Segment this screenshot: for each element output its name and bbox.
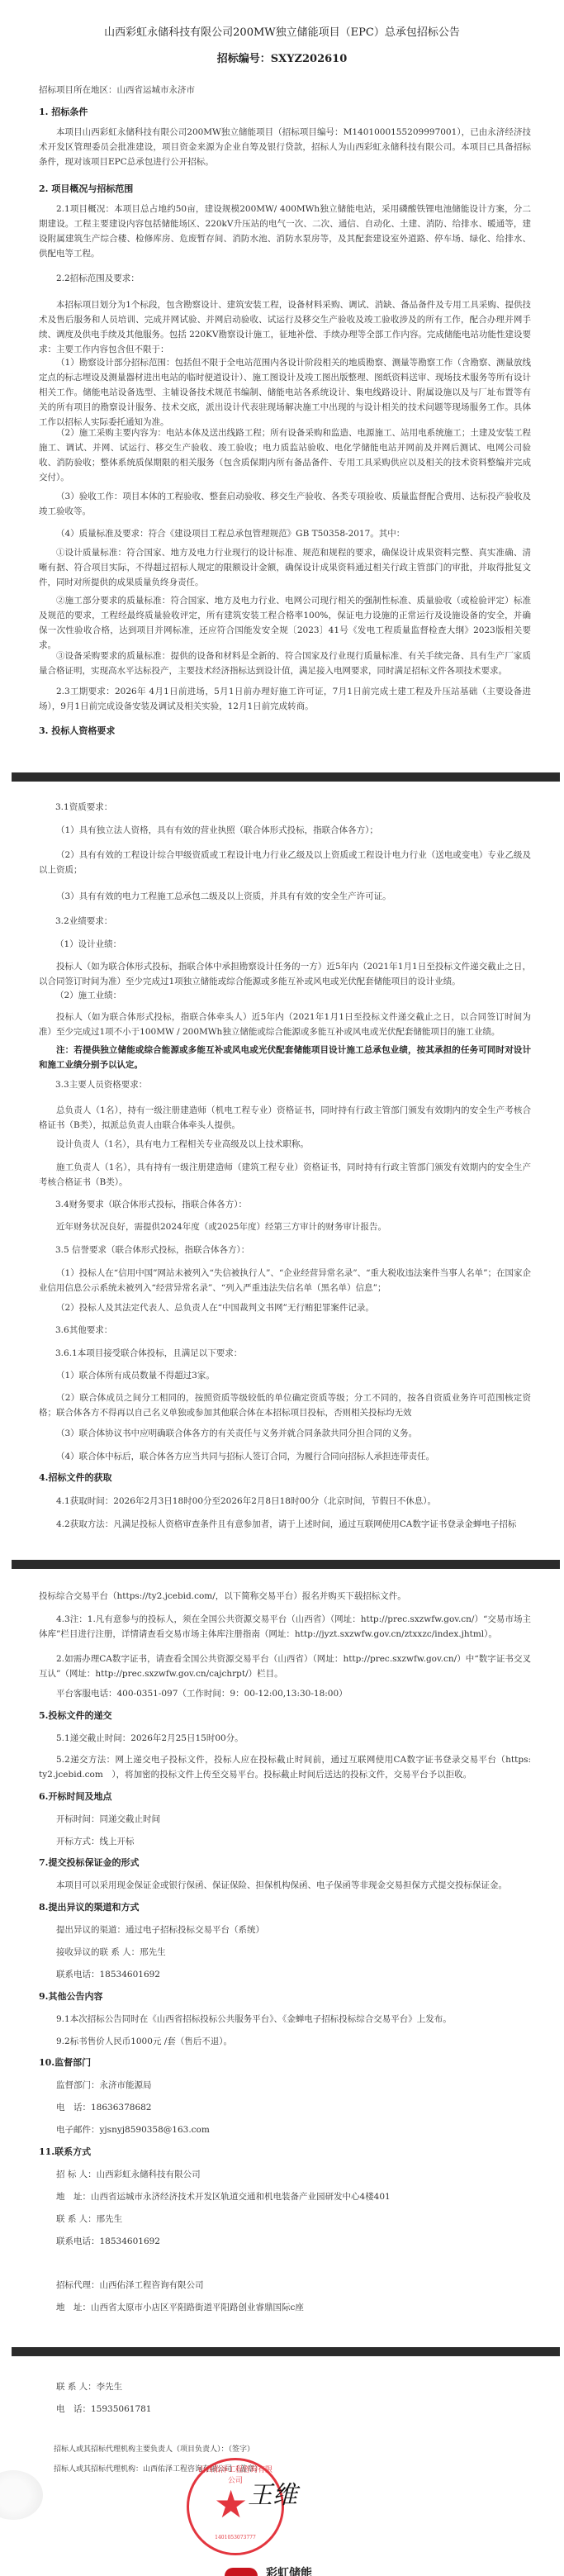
bid-opening-time: 开标时间：同递交截止时间 <box>39 1812 531 1827</box>
section-3-2: 3.2业绩要求： <box>55 914 531 929</box>
seal-code: 1401053073777 <box>206 2535 265 2540</box>
page-separator <box>12 2347 560 2356</box>
section-7-body: 本项目可以采用现金保证金或银行保函、保证保险、担保机构保函、电子保函等非现金交易… <box>39 1878 531 1893</box>
doc-page-1: 山西彩虹永储科技有限公司200MW独立储能项目（EPC）总承包招标公告 招标编号… <box>0 0 564 772</box>
agent-address: 地 址：山西省太原市小店区平阳路街道平阳路创业睿鼎国际c座 <box>39 2300 531 2315</box>
construction-perf-label: （2）施工业绩： <box>55 988 531 1003</box>
supervision-phone: 电 话：18636378682 <box>39 2100 531 2115</box>
section-9-2: 9.2标书售价人民币1000元 /套（售后不退）。 <box>39 2034 531 2049</box>
doc-page-3: 投标综合交易平台（https://ty2.jcebid.com/，以下简称交易平… <box>0 1569 564 2347</box>
section-heading-6: 6.开标时间及地点 <box>39 1789 111 1803</box>
section-heading-2: 2. 项目概况与招标范围 <box>39 182 133 195</box>
platform-hotline: 平台客服电话：400-0351-097（工作时间：9：00-12:00,13:3… <box>39 1686 531 1701</box>
section-heading-9: 9.其他公告内容 <box>39 1989 102 2003</box>
doc-page-2: 3.1资质要求： （1）具有独立法人资格，具有有效的营业执照（联合体形式投标，指… <box>0 782 564 1560</box>
objection-contact: 接收异议的联 系 人：邢先生 <box>39 1945 531 1960</box>
performance-note: 注：若提供独立储能或综合能源或多能互补或风电或光伏配套储能项目设计施工总承包业绩… <box>39 1043 531 1072</box>
section-heading-7: 7.提交投标保证金的形式 <box>39 1856 139 1869</box>
consortium-3: （3）联合体协议书中应明确联合体各方的有关责任与义务并就合同条款共同分担合同的义… <box>39 1426 531 1441</box>
section-heading-10: 10.监督部门 <box>39 2056 91 2069</box>
construction-perf-body: 投标人（如为联合体形式投标，指联合体牵头人）近5年内（2021年1月1日至投标文… <box>39 1010 531 1039</box>
qual-2: （2）具有有效的工程设计综合甲级资质或工程设计电力行业乙级及以上资质或工程设计电… <box>39 848 531 877</box>
agent-contact: 联 系 人：李先生 <box>39 2379 531 2394</box>
section-4-1: 4.1获取时间：2026年2月3日18时00分至2026年2月8日18时00分（… <box>39 1494 531 1509</box>
project-region: 招标项目所在地区：山西省运城市永济市 <box>39 83 531 97</box>
section-2-2-label: 2.2招标范围及要求： <box>39 271 531 286</box>
page-separator <box>12 772 560 782</box>
doc-title: 山西彩虹永储科技有限公司200MW独立储能项目（EPC）总承包招标公告 <box>0 23 564 39</box>
scope-item-4: （4）质量标准及要求：符合《建设项目工程总承包管理规范》GB T50358-20… <box>39 526 531 541</box>
tenderer-name: 招 标 人：山西彩虹永储科技有限公司 <box>39 2167 531 2182</box>
credit-2: （2）投标人及其法定代表人、总负责人在“中国裁判文书网”无行贿犯罪案件记录。 <box>39 1300 531 1315</box>
section-heading-11: 11.联系方式 <box>39 2145 91 2158</box>
consortium-4: （4）联合体中标后，联合体各方应当共同与招标人签订合同，为履行合同向招标人承担连… <box>39 1449 531 1464</box>
section-4-3-note-2: 2.如需办理CA数字证书，请查看全国公共资源交易平台（山西省）（网址：http:… <box>39 1652 531 1681</box>
consortium-1: （1）联合体所有成员数量不得超过3家。 <box>39 1368 531 1383</box>
section-3-6-1: 3.6.1本项目接受联合体投标，且满足以下要求： <box>55 1346 531 1361</box>
finance-body: 近年财务状况良好，需提供2024年度（或2025年度）经第三方审计的财务审计报告… <box>39 1219 531 1234</box>
doc-page-4: 联 系 人：李先生 电 话：15935061781 招标人或其招标代理机构主要负… <box>0 2356 564 2576</box>
scope-item-3: （3）验收工作：项目本体的工程验收、整套启动验收、移交生产验收、各类专项验收、质… <box>39 489 531 519</box>
section-heading-3: 3. 投标人资格要求 <box>39 724 115 737</box>
section-2-2-body: 本招标项目划分为1个标段，包含勘察设计、建筑安装工程，设备材料采购、调试、消缺、… <box>39 297 531 357</box>
section-heading-1: 1. 招标条件 <box>39 105 88 118</box>
page-separator <box>12 1560 560 1569</box>
agent-name: 招标代理：山西佑泽工程咨询有限公司 <box>39 2278 531 2293</box>
bid-number: 招标编号：SXYZ202610 <box>0 50 564 65</box>
section-4-2-cont: 投标综合交易平台（https://ty2.jcebid.com/，以下简称交易平… <box>39 1589 531 1604</box>
star-icon: ★ <box>214 2483 248 2525</box>
personnel-construction: 施工负责人（1名），具有持有一级注册建造师（建筑工程专业）资格证书，同时持有行政… <box>39 1160 531 1190</box>
quality-procurement: ③设备采购要求的质量标准：提供的设备和材料是全新的、符合国家及行业现行质量标准、… <box>39 649 531 678</box>
objection-channel: 提出异议的渠道：通过电子招标投标交易平台（系统） <box>39 1922 531 1937</box>
section-9-1: 9.1本次招标公告同时在《山西省招标投标公共服务平台》、《金蝉电子招标投标综合交… <box>39 2012 531 2027</box>
section-5-2: 5.2递交方法：网上递交电子投标文件，投标人应在投标截止时间前，通过互联网使用C… <box>39 1752 531 1782</box>
section-1-body: 本项目山西彩虹永储科技有限公司200MW独立储能项目（招标项目编号：M14010… <box>39 125 531 169</box>
section-heading-4: 4.招标文件的获取 <box>39 1471 111 1484</box>
section-3-4: 3.4财务要求（联合体形式投标，指联合体各方）： <box>55 1197 531 1212</box>
principal-signature-line: 招标人或其招标代理机构主要负责人（项目负责人）：（签字） <box>54 2442 529 2457</box>
design-perf-body: 投标人（如为联合体形式投标，指联合体中承担勘察设计任务的一方）近5年内（2021… <box>39 959 531 989</box>
section-5-1: 5.1递交截止时间：2026年2月25日15时00分。 <box>39 1731 531 1746</box>
tenderer-contact: 联 系 人：邢先生 <box>39 2212 531 2227</box>
objection-phone: 联系电话：18534601692 <box>39 1967 531 1982</box>
credit-1: （1）投标人在“信用中国”网站未被列入“失信被执行人”、“企业经营异常名录”、“… <box>39 1266 531 1295</box>
brand-logo-text: 彩虹储能 <box>266 2564 312 2576</box>
tenderer-address: 地 址：山西省运城市永济经济技术开发区轨道交通和机电装备产业园研发中心4楼401 <box>39 2189 531 2204</box>
design-perf-label: （1）设计业绩： <box>55 937 531 952</box>
supervision-dept: 监督部门：永济市能源局 <box>39 2078 531 2093</box>
section-3-5: 3.5 信誉要求（联合体形式投标，指联合体各方）： <box>55 1243 531 1257</box>
agent-phone: 电 话：15935061781 <box>39 2402 531 2417</box>
personnel-design: 设计负责人（1名），具有电力工程相关专业高级及以上技术职称。 <box>39 1137 531 1152</box>
section-3-1: 3.1资质要求： <box>55 800 531 815</box>
handwritten-signature: 王维 <box>248 2474 297 2511</box>
personnel-chief: 总负责人（1名），持有一级注册建造师（机电工程专业）资格证书，同时持有行政主管部… <box>39 1103 531 1133</box>
brand-logo-icon <box>225 2568 258 2576</box>
qual-1: （1）具有独立法人资格，具有有效的营业执照（联合体形式投标，指联合体各方）； <box>39 823 531 838</box>
quality-construction: ②施工部分要求的质量标准：符合国家、地方及电力行业、电网公司现行相关的强制性标准… <box>39 593 531 653</box>
bid-opening-mode: 开标方式：线上开标 <box>39 1834 531 1849</box>
section-3-3: 3.3主要人员资格要求： <box>55 1077 531 1092</box>
section-2-1: 2.1项目概况：本项目总占地约50亩，建设规模200MW/ 400MWh独立储能… <box>39 202 531 261</box>
section-3-6: 3.6其他要求： <box>55 1323 531 1338</box>
supervision-email: 电子邮件：yjsnyj8590358@163.com <box>39 2122 531 2137</box>
consortium-2: （2）联合体成员之间分工相同的，按照资质等级较低的单位确定资质等级；分工不同的，… <box>39 1390 531 1420</box>
quality-design: ①设计质量标准：符合国家、地方及电力行业现行的设计标准、规范和规程的要求，确保设… <box>39 545 531 590</box>
tenderer-phone: 联系电话：18534601692 <box>39 2234 531 2249</box>
qual-3: （3）具有有效的电力工程施工总承包二级及以上资质，并具有有效的安全生产许可证。 <box>39 889 531 904</box>
section-4-2: 4.2获取方法：凡满足投标人资格审查条件且有意参加者，请于上述时间，通过互联网使… <box>39 1517 531 1532</box>
section-heading-8: 8.提出异议的渠道和方式 <box>39 1900 139 1913</box>
section-heading-5: 5.投标文件的递交 <box>39 1709 111 1722</box>
scope-item-1: （1）勘察设计部分招标范围：包括但不限于全电站范围内各设计阶段相关的地质勘察、测… <box>39 355 531 430</box>
section-2-3: 2.3工期要求：2026年 4月1日前进场，5月1日前办理好施工许可证，7月1日… <box>39 684 531 714</box>
section-4-3-note-1: 4.3注：1.凡有意参与的投标人，须在全国公共资源交易平台（山西省）（网址：ht… <box>39 1612 531 1642</box>
scope-item-2: （2）施工采购主要内容为：电站本体及送出线路工程；所有设备采购和监造、电源施工、… <box>39 425 531 485</box>
